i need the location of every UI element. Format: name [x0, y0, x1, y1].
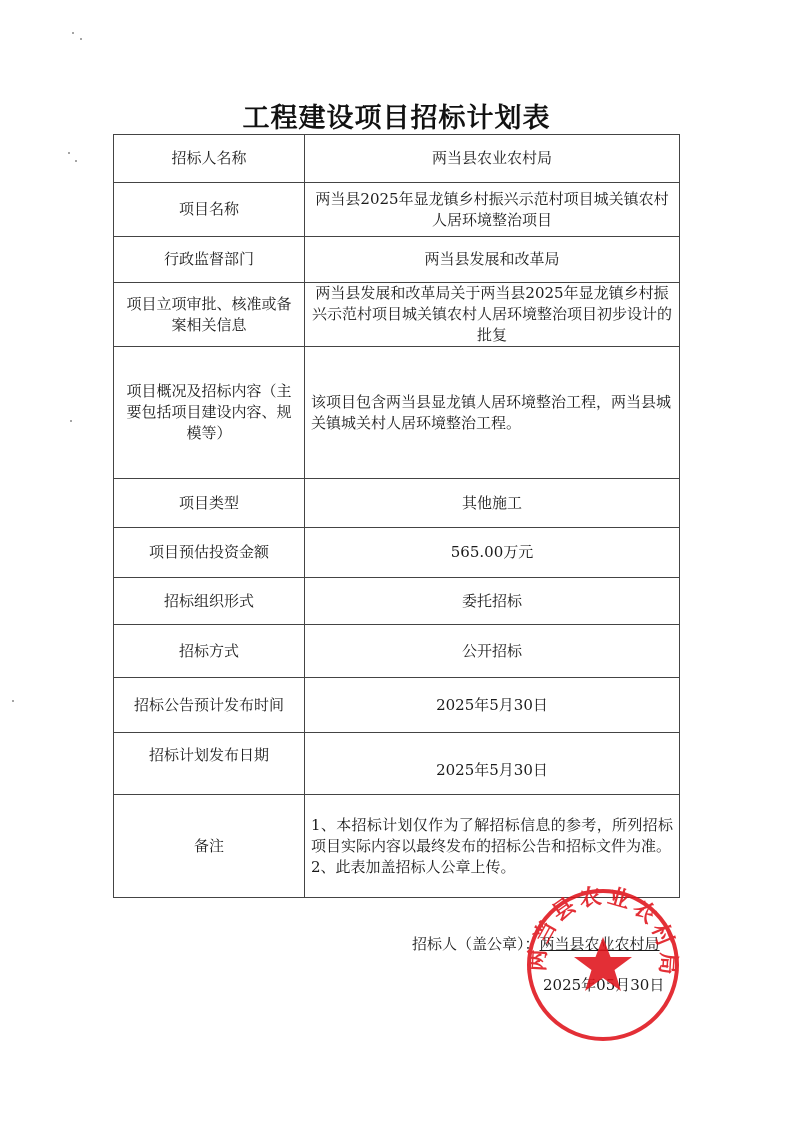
signature-line: 招标人（盖公章）：两当县农业农村局 [412, 933, 660, 954]
table-row: 招标公告预计发布时间 2025年5月30日 [114, 678, 680, 733]
page-title: 工程建设项目招标计划表 [0, 96, 793, 135]
row-label: 备注 [114, 795, 305, 898]
official-seal: 两当县农业农村局 [523, 885, 683, 1045]
row-value: 其他施工 [305, 479, 680, 528]
table-row: 项目类型 其他施工 [114, 479, 680, 528]
table-row: 招标计划发布日期 2025年5月30日 [114, 733, 680, 795]
row-label: 项目类型 [114, 479, 305, 528]
table-row: 招标方式 公开招标 [114, 625, 680, 678]
row-value: 两当县农业农村局 [305, 135, 680, 183]
row-value: 该项目包含两当县显龙镇人居环境整治工程，两当县城关镇城关村人居环境整治工程。 [305, 347, 680, 479]
row-label: 项目立项审批、核准或备案相关信息 [114, 283, 305, 347]
row-label: 项目预估投资金额 [114, 528, 305, 578]
table-row: 项目概况及招标内容（主要包括项目建设内容、规模等） 该项目包含两当县显龙镇人居环… [114, 347, 680, 479]
row-value: 两当县发展和改革局关于两当县2025年显龙镇乡村振兴示范村项目城关镇农村人居环境… [305, 283, 680, 347]
table-row: 备注 1、本招标计划仅作为了解招标信息的参考，所列招标项目实际内容以最终发布的招… [114, 795, 680, 898]
row-label: 招标人名称 [114, 135, 305, 183]
signature-date: 2025年05月30日 [543, 974, 664, 995]
row-label: 项目概况及招标内容（主要包括项目建设内容、规模等） [114, 347, 305, 479]
row-value: 2025年5月30日 [305, 678, 680, 733]
signature-organization: 两当县农业农村局 [540, 935, 660, 953]
row-label: 招标计划发布日期 [114, 733, 305, 795]
table-row: 项目名称 两当县2025年显龙镇乡村振兴示范村项目城关镇农村人居环境整治项目 [114, 183, 680, 237]
remark-line: 2、此表加盖招标人公章上传。 [311, 857, 673, 878]
row-label: 招标组织形式 [114, 578, 305, 625]
row-label: 招标方式 [114, 625, 305, 678]
table-row: 项目立项审批、核准或备案相关信息 两当县发展和改革局关于两当县2025年显龙镇乡… [114, 283, 680, 347]
table-row: 招标组织形式 委托招标 [114, 578, 680, 625]
row-label: 招标公告预计发布时间 [114, 678, 305, 733]
row-value: 2025年5月30日 [305, 733, 680, 795]
tender-plan-table: 招标人名称 两当县农业农村局 项目名称 两当县2025年显龙镇乡村振兴示范村项目… [113, 134, 680, 898]
row-value: 两当县2025年显龙镇乡村振兴示范村项目城关镇农村人居环境整治项目 [305, 183, 680, 237]
remarks-cell: 1、本招标计划仅作为了解招标信息的参考，所列招标项目实际内容以最终发布的招标公告… [305, 795, 680, 898]
row-value: 委托招标 [305, 578, 680, 625]
row-value: 两当县发展和改革局 [305, 237, 680, 283]
table-row: 行政监督部门 两当县发展和改革局 [114, 237, 680, 283]
signature-label: 招标人（盖公章）： [412, 935, 540, 953]
row-label: 行政监督部门 [114, 237, 305, 283]
table-row: 项目预估投资金额 565.00万元 [114, 528, 680, 578]
row-value: 565.00万元 [305, 528, 680, 578]
remark-line: 1、本招标计划仅作为了解招标信息的参考，所列招标项目实际内容以最终发布的招标公告… [311, 815, 673, 857]
row-label: 项目名称 [114, 183, 305, 237]
row-value: 公开招标 [305, 625, 680, 678]
table-row: 招标人名称 两当县农业农村局 [114, 135, 680, 183]
